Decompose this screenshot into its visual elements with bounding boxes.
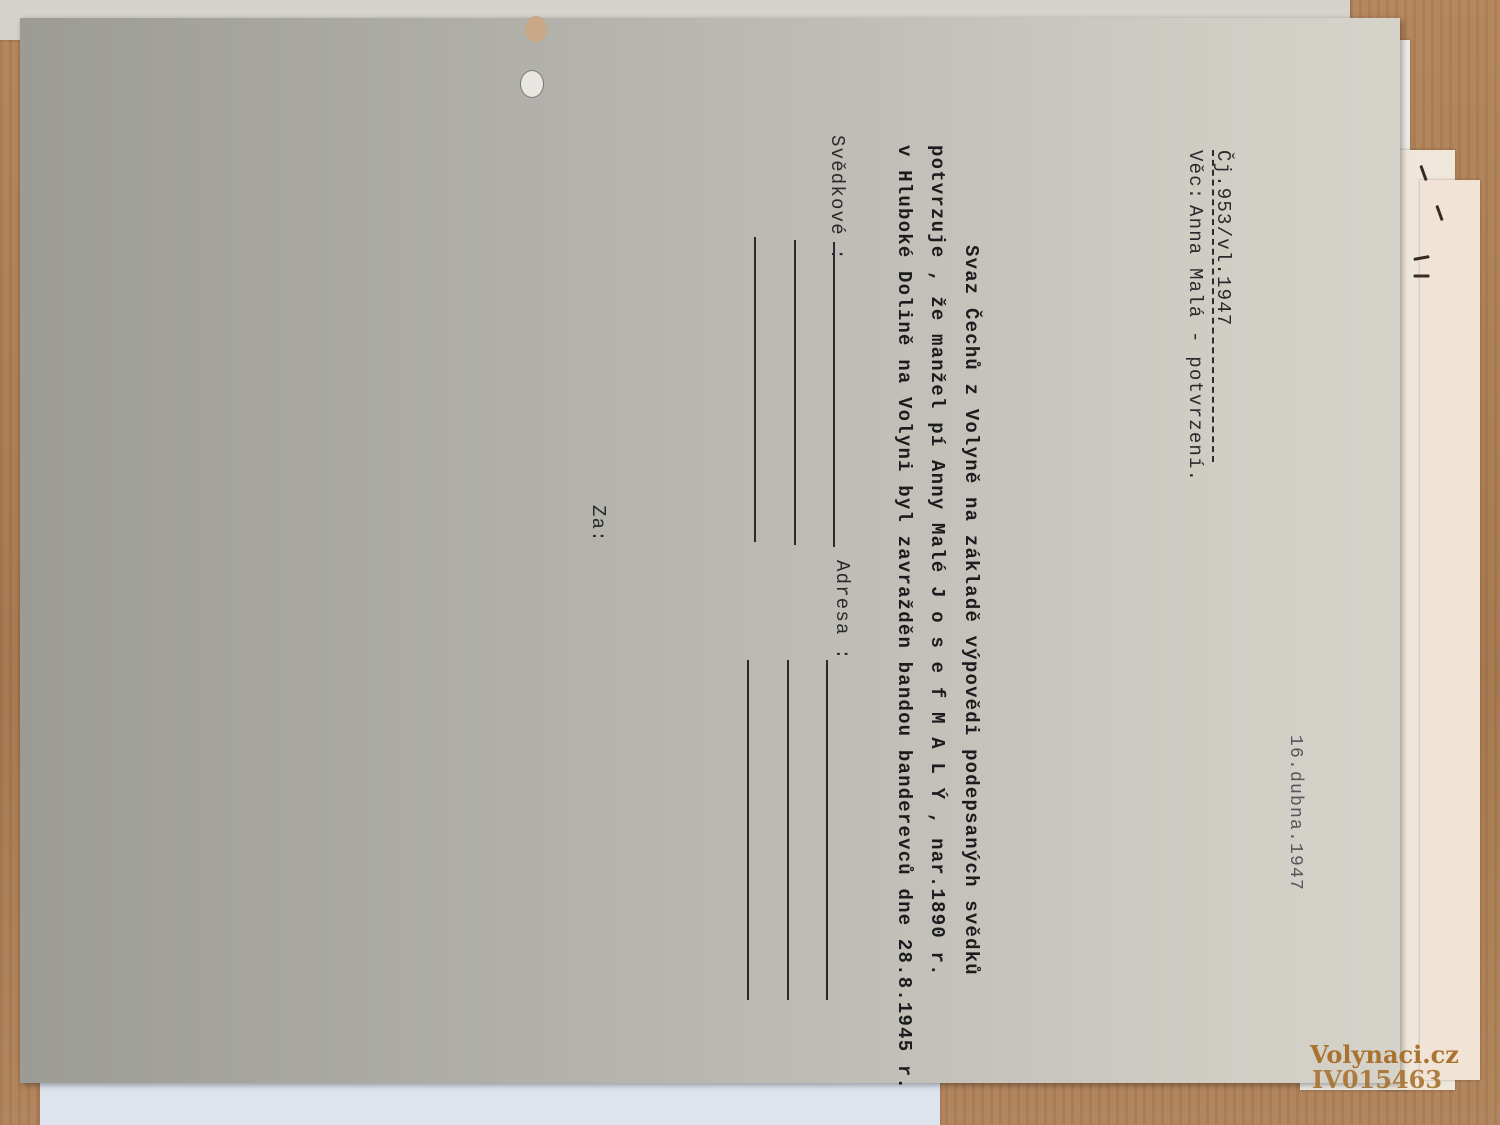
witnesses-label: Svědkové :	[826, 135, 848, 261]
header-dashed-rule	[1212, 150, 1214, 462]
address-line-2	[787, 660, 789, 1000]
document-content: Čj.953/vl.1947 Věc: Anna Malá - potvrzen…	[0, 0, 1500, 1125]
witness-signature-line-3	[754, 237, 756, 542]
for-label: Za:	[587, 505, 609, 543]
body-line-2: potvrzuje , že manžel pí Anny Malé J o s…	[926, 145, 948, 977]
witness-signature-line-2	[794, 240, 796, 545]
watermark-id: IV015463	[1312, 1068, 1442, 1092]
address-label: Adresa :	[831, 560, 853, 661]
body-line-3: v Hluboké Dolině na Volyni byl zavražděn…	[893, 145, 915, 1090]
address-line-1	[826, 660, 828, 1000]
watermark-site: Volynaci.cz	[1310, 1043, 1459, 1067]
body-line-1: Svaz Čechů z Volyně na základě výpovědi …	[960, 245, 982, 976]
witness-signature-line-1	[833, 242, 835, 547]
subject-label: Věc:	[1184, 150, 1206, 200]
reference-number: Čj.953/vl.1947	[1212, 150, 1234, 326]
document-date: 16.dubna.1947	[1285, 735, 1305, 891]
address-line-3	[747, 660, 749, 1000]
subject-text: Anna Malá - potvrzení.	[1184, 205, 1206, 482]
